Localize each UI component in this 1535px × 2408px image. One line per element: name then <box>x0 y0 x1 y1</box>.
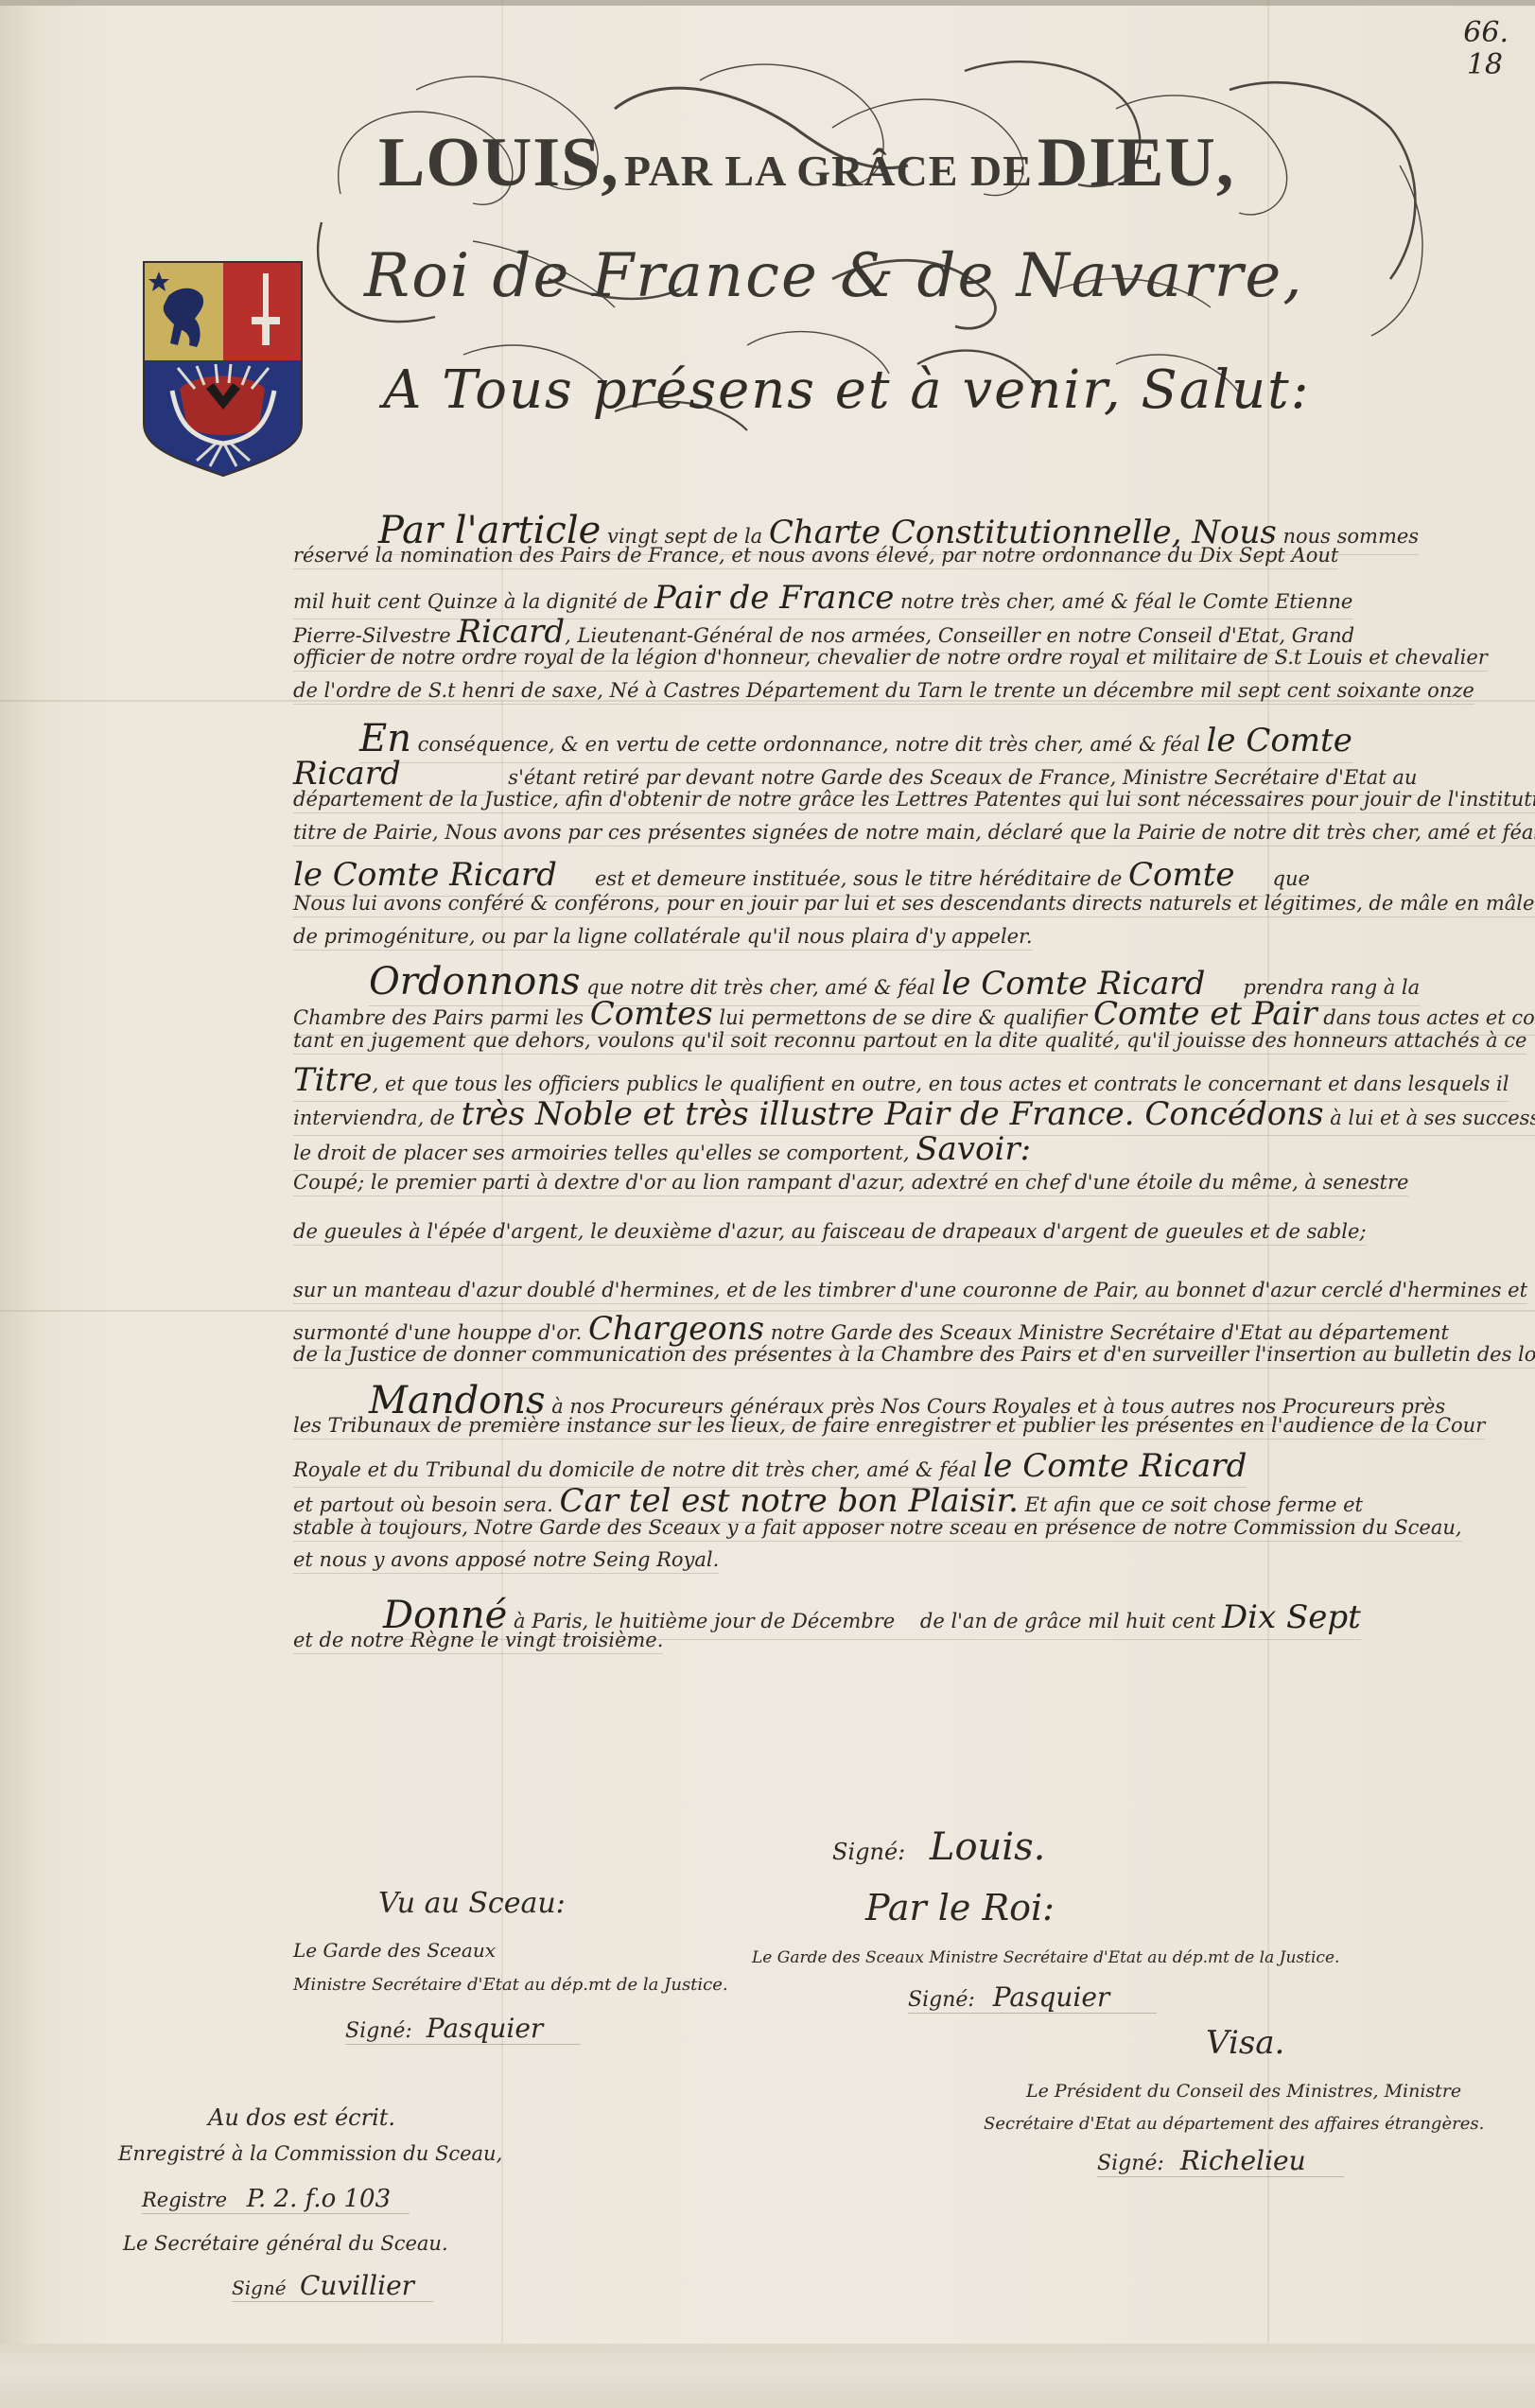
body-line-text: département de la Justice, afin d'obteni… <box>293 788 1535 811</box>
body-line-em: Pair de France <box>654 579 894 617</box>
body-line-text: tant en jugement que dehors, voulons qu'… <box>293 1029 1526 1052</box>
king-name: Louis. <box>930 1825 1045 1869</box>
body-line: stable à toujours, Notre Garde des Sceau… <box>293 1516 1462 1542</box>
au-dos-registre: Registre P. 2. f.o 103 <box>142 2185 410 2214</box>
par-le-roi-line1: Le Garde des Sceaux Ministre Secrétaire … <box>752 1948 1339 1967</box>
signed-label: Signé <box>232 2277 287 2299</box>
body-line-em: Ricard <box>293 755 401 793</box>
body-line-tail: , Lieutenant-Général de nos armées, Cons… <box>565 624 1354 647</box>
salutation: A Tous présens et à venir, Salut: <box>383 359 1471 421</box>
visa-signature: Signé: Richelieu <box>1097 2145 1344 2177</box>
folio-number: 66. 18 <box>1463 17 1509 81</box>
body-line-text: et partout où besoin sera. <box>293 1493 559 1516</box>
body-line-em: Chargeons <box>588 1310 764 1348</box>
title-dieu: DIEU, <box>1038 124 1235 201</box>
body-line-tail-b: dans tous actes et contrats, <box>1317 1006 1535 1029</box>
body-line-em: Savoir: <box>916 1130 1031 1168</box>
signed-label: Signé: <box>908 1988 975 2012</box>
par-le-roi-heading: Par le Roi: <box>865 1887 1055 1928</box>
title-louis: LOUIS, <box>378 124 619 201</box>
signer-name: Cuvillier <box>300 2270 414 2301</box>
body-line-text: est et demeure instituée, sous le titre … <box>557 867 1128 890</box>
visa-line1: Le Président du Conseil des Ministres, M… <box>1026 2081 1461 2102</box>
body-line-text: officier de notre ordre royal de la légi… <box>293 646 1488 669</box>
body-line: titre de Pairie, Nous avons par ces prés… <box>293 821 1535 846</box>
body-line: et de notre Règne le vingt troisième. <box>293 1629 663 1654</box>
body-line-text: Royale et du Tribunal du domicile de not… <box>293 1458 983 1481</box>
body-line-text: interviendra, de <box>293 1107 462 1129</box>
vu-au-sceau-line1: Le Garde des Sceaux <box>293 1939 496 1962</box>
au-dos-heading: Au dos est écrit. <box>208 2104 395 2131</box>
page-top-edge <box>0 0 1535 6</box>
body-line-text: Nous lui avons conféré & conférons, pour… <box>293 892 1535 915</box>
vu-au-sceau-signature: Signé: Pasquier <box>345 2013 581 2045</box>
body-line: Nous lui avons conféré & conférons, pour… <box>293 892 1535 917</box>
king-signature: Signé: Louis. <box>832 1825 1045 1869</box>
body-line: de la Justice de donner communication de… <box>293 1343 1535 1369</box>
body-line-em: le Comte <box>1207 722 1352 759</box>
vu-au-sceau-line2: Ministre Secrétaire d'Etat au dép.mt de … <box>293 1975 728 1995</box>
body-line: réservé la nomination des Pairs de Franc… <box>293 544 1338 569</box>
body-line-em-b: Comte <box>1128 856 1235 894</box>
body-line-text: réservé la nomination des Pairs de Franc… <box>293 544 1338 567</box>
body-line: le droit de placer ses armoiries telles … <box>293 1130 1031 1171</box>
coat-of-arms-icon <box>140 258 305 478</box>
body-line: le Comte Ricard est et demeure instituée… <box>293 856 1310 897</box>
body-line-text: Coupé; le premier parti à dextre d'or au… <box>293 1171 1408 1194</box>
body-line-em: Titre <box>293 1061 373 1099</box>
body-line-em: le Comte Ricard <box>293 856 557 894</box>
body-line-text: de gueules à l'épée d'argent, le deuxièm… <box>293 1220 1367 1243</box>
body-line-text: et nous y avons apposé notre Seing Royal… <box>293 1548 719 1571</box>
signed-label: Signé: <box>832 1839 905 1865</box>
visa-heading: Visa. <box>1206 2024 1284 2062</box>
body-line-text: le droit de placer ses armoiries telles … <box>293 1142 916 1164</box>
body-line-tail: Et afin que ce soit chose ferme et <box>1019 1493 1363 1516</box>
body-line-em: très Noble et très illustre Pair de Fran… <box>462 1095 1324 1133</box>
body-line-tail: que <box>1234 867 1309 890</box>
body-line-em: le Comte Ricard <box>983 1447 1247 1485</box>
body-line-text: stable à toujours, Notre Garde des Sceau… <box>293 1516 1462 1539</box>
visa-line2: Secrétaire d'Etat au département des aff… <box>984 2114 1484 2134</box>
body-line-tail: notre très cher, amé & féal le Comte Eti… <box>894 590 1352 613</box>
body-line-text: les Tribunaux de première instance sur l… <box>293 1414 1485 1437</box>
body-line-em: Car tel est notre bon Plaisir. <box>559 1482 1019 1520</box>
letters-patent-page: 66. 18 LOUIS, PAR LA GRÂCE DE DIEU, Roi … <box>0 0 1535 2408</box>
body-line: de l'ordre de S.t henri de saxe, Né à Ca… <box>293 679 1474 705</box>
au-dos-line1: Enregistré à la Commission du Sceau, <box>118 2142 502 2165</box>
signer-name: Richelieu <box>1180 2145 1306 2176</box>
signed-label: Signé: <box>345 2019 412 2043</box>
body-line-text: Chambre des Pairs parmi les <box>293 1006 590 1029</box>
body-line-text: titre de Pairie, Nous avons par ces prés… <box>293 821 1535 844</box>
page-bottom-edge <box>0 2344 1535 2408</box>
folio-primary: 66. <box>1463 16 1509 49</box>
body-line: les Tribunaux de première instance sur l… <box>293 1414 1485 1440</box>
body-line-text: surmonté d'une houppe d'or. <box>293 1321 588 1344</box>
body-line-text: Pierre-Silvestre <box>293 624 457 647</box>
body-line-em-b: Comte et Pair <box>1093 995 1317 1033</box>
body-line-tail: notre Garde des Sceaux Ministre Secrétai… <box>764 1321 1449 1344</box>
au-dos-signature: Signé Cuvillier <box>232 2270 433 2302</box>
body-line-text: et de notre Règne le vingt troisième. <box>293 1629 663 1651</box>
body-line-text: sur un manteau d'azur doublé d'hermines,… <box>293 1279 1527 1301</box>
body-line-text: , et que tous les officiers publics le q… <box>373 1073 1509 1095</box>
document-subtitle: Roi de France & de Navarre, <box>364 241 1452 311</box>
body-line-text: conséquence, & en vertu de cette ordonna… <box>411 733 1207 756</box>
registre-value: P. 2. f.o 103 <box>247 2185 391 2213</box>
body-line-text: de primogéniture, ou par la ligne collat… <box>293 925 1033 948</box>
signed-label: Signé: <box>1097 2152 1164 2175</box>
body-line-tail: lui permettons de se dire & qualifier <box>713 1006 1093 1029</box>
body-line-text: mil huit cent Quinze à la dignité de <box>293 590 654 613</box>
body-line-text: s'étant retiré par devant notre Garde de… <box>401 766 1418 789</box>
body-line-em: Dix Sept <box>1222 1598 1361 1636</box>
body-line: département de la Justice, afin d'obteni… <box>293 788 1535 813</box>
body-line: Coupé; le premier parti à dextre d'or au… <box>293 1171 1408 1196</box>
body-line-text: de l'ordre de S.t henri de saxe, Né à Ca… <box>293 679 1474 702</box>
folio-secondary: 18 <box>1463 49 1503 81</box>
title-par-la-grace: PAR LA GRÂCE DE <box>624 147 1033 195</box>
par-le-roi-signature: Signé: Pasquier <box>908 1981 1157 2014</box>
vu-au-sceau-heading: Vu au Sceau: <box>378 1887 566 1920</box>
registre-label: Registre <box>142 2189 227 2211</box>
body-line: de gueules à l'épée d'argent, le deuxièm… <box>293 1220 1367 1246</box>
body-line: sur un manteau d'azur doublé d'hermines,… <box>293 1279 1527 1304</box>
body-line-text: de la Justice de donner communication de… <box>293 1343 1535 1366</box>
body-line: officier de notre ordre royal de la légi… <box>293 646 1488 672</box>
au-dos-line3: Le Secrétaire général du Sceau. <box>123 2232 448 2255</box>
body-line: et nous y avons apposé notre Seing Royal… <box>293 1548 719 1574</box>
body-line-tail: à lui et à ses successeurs <box>1324 1107 1535 1129</box>
body-line-em: Ricard <box>457 613 565 651</box>
signer-name: Pasquier <box>427 2013 544 2044</box>
body-line: de primogéniture, ou par la ligne collat… <box>293 925 1033 951</box>
document-title: LOUIS, PAR LA GRÂCE DE DIEU, <box>378 123 1419 203</box>
signer-name: Pasquier <box>993 1981 1110 2013</box>
body-line: tant en jugement que dehors, voulons qu'… <box>293 1029 1526 1055</box>
body-line-em: Comtes <box>590 995 713 1033</box>
